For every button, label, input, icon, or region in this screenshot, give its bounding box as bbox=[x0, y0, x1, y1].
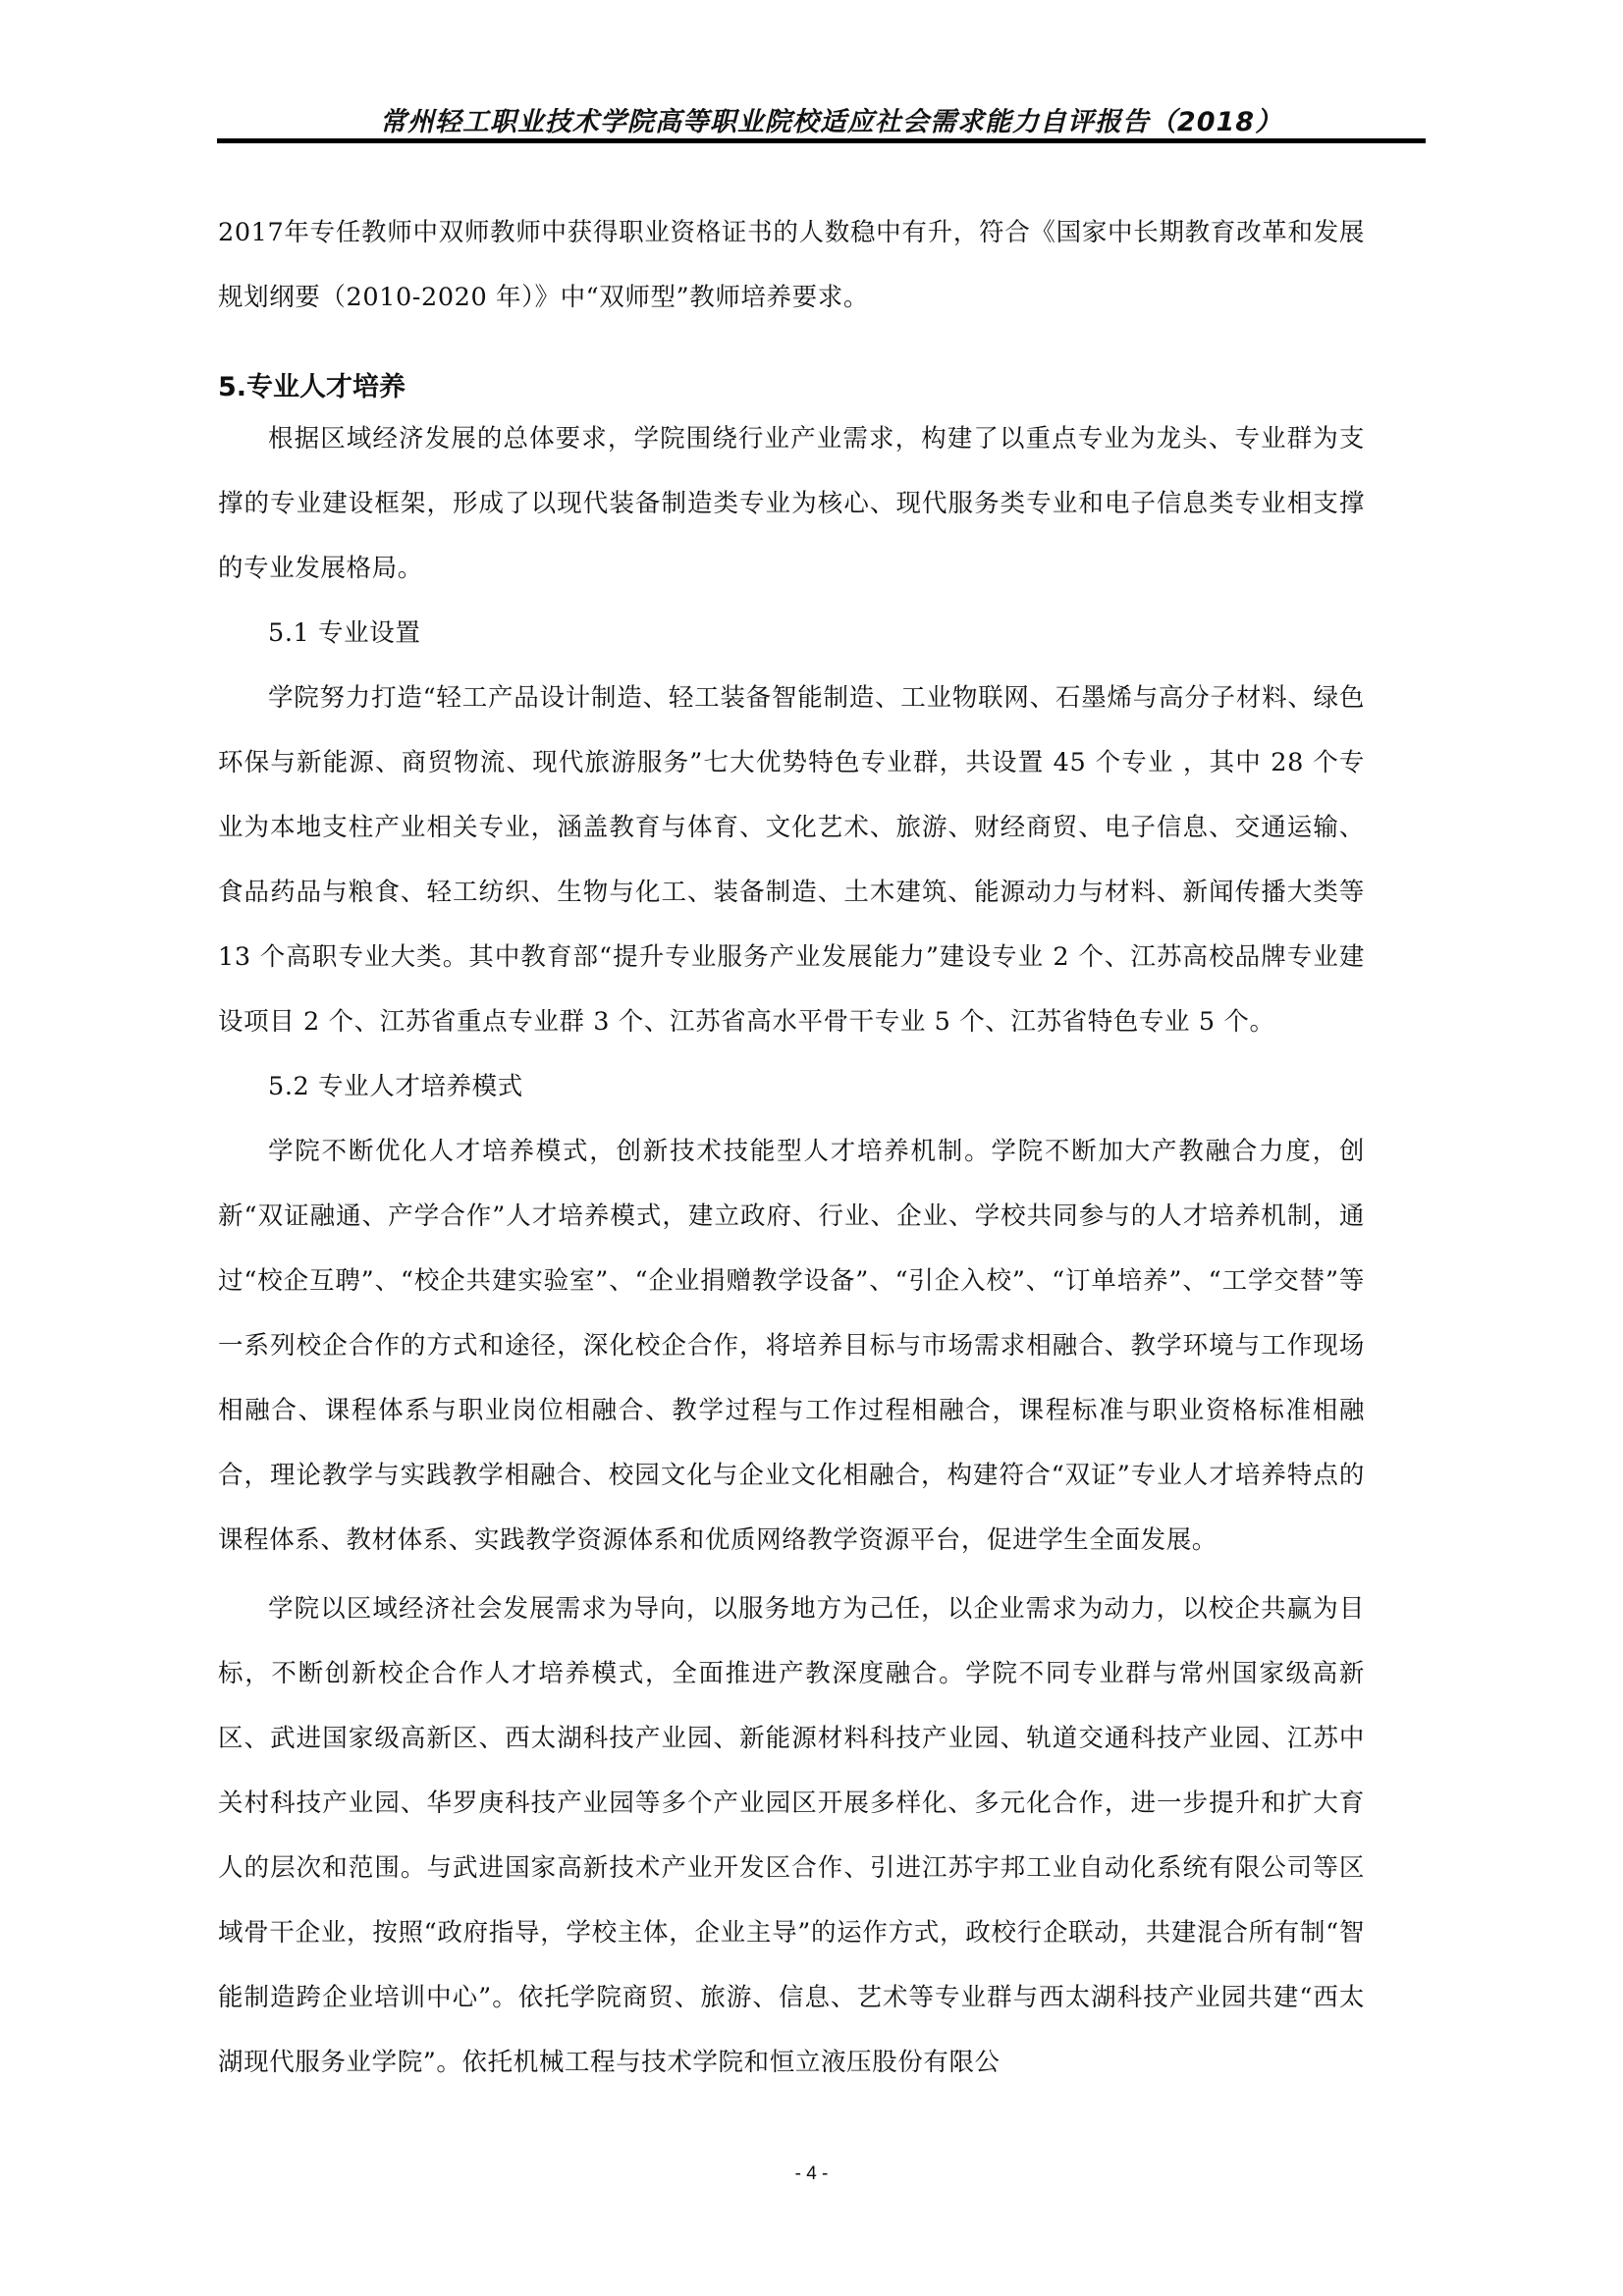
section-5-intro: 根据区域经济发展的总体要求，学院围绕行业产业需求，构建了以重点专业为龙头、专业群… bbox=[218, 406, 1365, 601]
subsection-heading-5-2: 5.2 专业人才培养模式 bbox=[218, 1054, 1365, 1119]
report-header-title: 常州轻工职业技术学院高等职业院校适应社会需求能力自评报告（2018） bbox=[0, 100, 1623, 138]
page-number: - 4 - bbox=[0, 2163, 1623, 2185]
section-heading-5: 5.专业人才培养 bbox=[218, 365, 406, 403]
header-divider bbox=[217, 138, 1426, 143]
paragraph-text: 2017年专任教师中双师教师中获得职业资格证书的人数稳中有升，符合《国家中长期教… bbox=[218, 200, 1365, 330]
subsection-5-1-paragraph: 学院努力打造“轻工产品设计制造、轻工装备智能制造、工业物联网、石墨烯与高分子材料… bbox=[218, 666, 1365, 1054]
subsection-5-2-paragraph-1: 学院不断优化人才培养模式，创新技术技能型人才培养机制。学院不断加大产教融合力度，… bbox=[218, 1119, 1365, 1573]
section-5-body: 根据区域经济发展的总体要求，学院围绕行业产业需求，构建了以重点专业为龙头、专业群… bbox=[218, 406, 1365, 2095]
continuation-paragraph: 2017年专任教师中双师教师中获得职业资格证书的人数稳中有升，符合《国家中长期教… bbox=[218, 200, 1365, 330]
subsection-5-2-paragraph-2: 学院以区域经济社会发展需求为导向，以服务地方为己任，以企业需求为动力，以校企共赢… bbox=[218, 1576, 1365, 2095]
subsection-heading-5-1: 5.1 专业设置 bbox=[218, 601, 1365, 666]
